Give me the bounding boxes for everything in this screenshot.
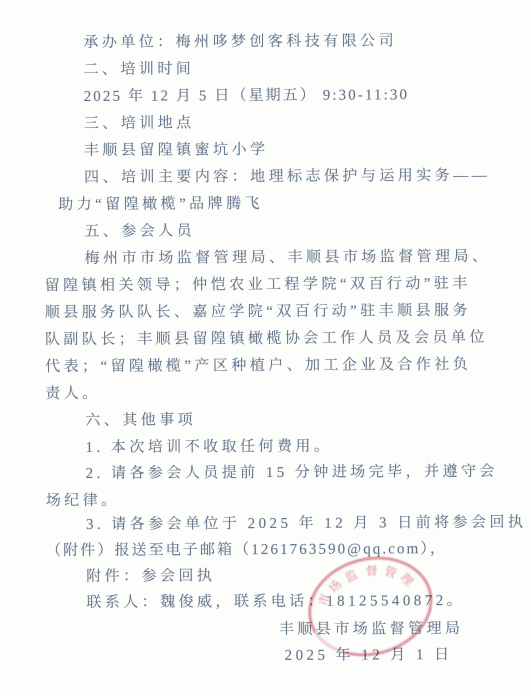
document-line-email: （附件）报送至电子邮箱（1261763590@qq.com）， [46,539,447,561]
document-line: 助力“留隍橄榄”品牌腾飞 [58,194,263,215]
document-body: 承办单位：梅州哆梦创客科技有限公司 二、培训时间 2025 年 12 月 5 日… [0,0,531,696]
document-line: 二、培训时间 [83,59,194,80]
seal-arc-char: 监 [342,567,361,586]
document-line: 代表；“留隍橄榄”产区种植户、加工企业及合作社负 [45,355,471,377]
document-line: 梅州市市场监督管理局、丰顺县市场监督管理局、 [84,247,490,269]
signature-date: 2025 年 12 月 1 日 [285,645,453,666]
document-line-training-place: 丰顺县留隍镇蜜坑小学 [84,140,269,161]
document-line: 队副队长；丰顺县留隍镇橄榄协会工作人员及会员单位 [45,328,488,350]
document-line: 场纪律。 [46,491,120,511]
document-line-contact: 联系人：魏俊威，联系电话：18125540872。 [86,591,465,613]
document-line: 五、参会人员 [84,221,195,242]
document-line-attachment: 附件：参会回执 [86,566,215,587]
signature-organization: 丰顺县市场监督管理局 [279,619,464,640]
scanned-document-page: 承办单位：梅州哆梦创客科技有限公司 二、培训时间 2025 年 12 月 5 日… [0,0,531,696]
document-line: 承办单位：梅州哆梦创客科技有限公司 [83,31,397,53]
seal-arc-char: 督 [364,564,379,579]
seal-arc-char: 管 [381,563,399,581]
document-line: 三、培训地点 [84,113,195,134]
document-line: 四、培训主要内容：地理标志保护与运用实务—— [84,166,490,188]
document-line: 留隍镇相关领导；仲恺农业工程学院“双百行动”驻丰 [45,274,471,296]
document-line: 1. 本次培训不收取任何费用。 [85,437,332,458]
document-line: 2. 请各参会人员提前 15 分钟进场完毕，并遵守会 [86,462,498,484]
document-line: 顺县服务队队长、嘉应学院“双百行动”驻丰顺县服务 [45,301,471,323]
document-line: 3. 请各参会单位于 2025 年 12 月 3 日前将参会回执 [86,513,527,535]
document-line: 六、其他事项 [85,410,196,431]
document-line: 责人。 [45,384,100,404]
seal-arc-char: 理 [397,570,417,590]
document-line-training-time: 2025 年 12 月 5 日（星期五） 9:30-11:30 [84,85,409,107]
